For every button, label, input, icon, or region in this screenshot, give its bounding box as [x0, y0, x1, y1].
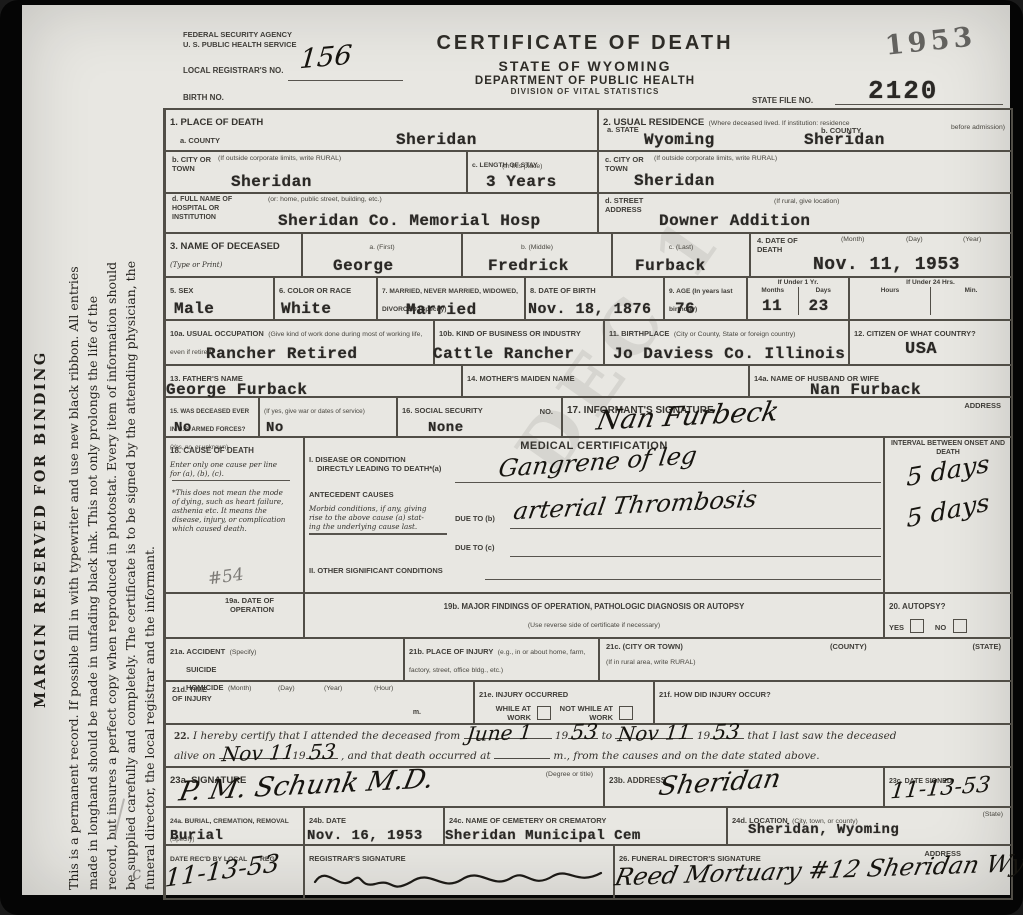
citizen-label: 12. CITIZEN OF WHAT COUNTRY? — [854, 329, 976, 338]
burial-date-value: Nov. 16, 1953 — [307, 828, 423, 844]
disease-label-1: I. DISEASE OR CONDITION — [309, 455, 406, 464]
certify-from-year-handwritten: 53 — [570, 722, 599, 744]
first-name-label: a. (First) — [369, 244, 394, 251]
while-at-work-checkbox — [537, 706, 551, 720]
field-birthplace: 11. BIRTHPLACE (City or County, State or… — [603, 321, 848, 364]
registrar-signature — [309, 858, 607, 896]
field-armed-forces: 15. WAS DECEASED EVER IN U.S. ARMED FORC… — [166, 398, 258, 436]
field-city-of-death: b. CITY OR TOWN (If outside corporate li… — [166, 152, 466, 192]
days-value: 23 — [809, 297, 829, 315]
date-of-death-label: 4. DATE OF DEATH — [757, 236, 799, 255]
field-injury-occurred: 21e. INJURY OCCURRED WHILE AT WORK NOT W… — [473, 682, 653, 723]
not-while-at-work-checkbox — [619, 706, 633, 720]
field-cemetery-name: 24c. NAME OF CEMETERY OR CREMATORY Sheri… — [443, 808, 726, 844]
certify-from-year-blank: 53 — [568, 727, 598, 739]
autopsy-label: 20. AUTOPSY? — [889, 602, 945, 611]
dob-label: 8. DATE OF BIRTH — [530, 286, 596, 295]
injury-m-label: m. — [413, 709, 421, 718]
year-hint: (Year) — [963, 236, 981, 244]
certify-alive-year-blank: 53 — [306, 747, 338, 759]
field-residence-city: c. CITY OR TOWN (If outside corporate li… — [597, 152, 1011, 192]
cause-divider — [172, 480, 290, 481]
field-date-received: DATE REC'D BY LOCAL REG. 11-13-53 — [166, 846, 303, 898]
certify-hour-blank — [494, 747, 550, 759]
field-informant-signature: 17. INFORMANT'S SIGNATURE ADDRESS Nan Fu… — [561, 398, 1011, 436]
under-1yr-label: If Under 1 Yr. — [748, 279, 848, 287]
under-24hrs-label: If Under 24 Hrs. — [850, 279, 1011, 287]
injury-hour-hint: (Hour) — [374, 685, 393, 693]
ssn-label: 16. SOCIAL SECURITY — [402, 406, 483, 415]
date-signed-handwritten: 11-13-53 — [889, 775, 991, 804]
antecedent-hint-3: ing the underlying cause last. — [309, 522, 417, 531]
field-injury-city-county-state: 21c. (CITY OR TOWN) (COUNTY) (STATE) (If… — [598, 639, 1011, 680]
margin-line: record, but insures a perfect copy when … — [102, 12, 121, 890]
certify-number: 22. — [174, 732, 190, 742]
field-date-of-birth: 8. DATE OF BIRTH Nov. 18, 1876 — [524, 278, 663, 319]
field-date-of-death: 4. DATE OF DEATH (Month) (Day) (Year) No… — [749, 234, 1011, 276]
birthplace-label: 11. BIRTHPLACE — [609, 329, 669, 338]
months-cell: Months 11 — [748, 287, 799, 315]
margin-line: made in longhand should be made in unfad… — [83, 12, 102, 890]
certify-to-blank: Nov 11 — [615, 727, 693, 739]
birthplace-value: Jo Daviess Co. Illinois — [613, 345, 845, 363]
race-label: 6. COLOR OR RACE — [279, 286, 351, 295]
certify-to-year-handwritten: 53 — [712, 722, 741, 744]
injury-state-label: (STATE) — [973, 642, 1001, 651]
injury-county-label: (COUNTY) — [830, 642, 867, 651]
married-value: Married — [406, 301, 477, 319]
injury-year-hint: (Year) — [324, 685, 342, 693]
cause-note1: Enter only one cause per line for (a), (… — [170, 460, 282, 478]
residence-city-label: c. CITY OR TOWN — [605, 155, 645, 174]
field-hospital-name: d. FULL NAME OF HOSPITAL OR INSTITUTION … — [166, 194, 597, 232]
field-husband-or-wife: 14a. NAME OF HUSBAND OR WIFE Nan Furback — [748, 366, 1011, 396]
due-to-c-label: DUE TO (c) — [455, 543, 494, 552]
middle-name-label: b. (Middle) — [521, 244, 553, 251]
certify-alive-on: alive on — [174, 750, 216, 762]
hours-label: Hours — [850, 287, 930, 295]
field-burial-type: 24a. BURIAL, CREMATION, REMOVAL (Specify… — [166, 808, 303, 844]
certify-alive-blank: Nov 11 — [219, 747, 289, 759]
injury-occurred-label: 21e. INJURY OCCURRED — [479, 690, 568, 699]
injury-rural-hint: (If in rural area, write RURAL) — [606, 659, 696, 667]
burial-value: Burial — [170, 828, 223, 844]
field-length-of-stay: c. LENGTH OF STAY (in this place) 3 Year… — [466, 152, 597, 192]
field-business-industry: 10b. KIND OF BUSINESS OR INDUSTRY Cattle… — [433, 321, 603, 364]
local-registrar-number-handwritten: 156 — [299, 42, 354, 73]
due-c-line — [510, 556, 881, 557]
state-line: STATE OF WYOMING — [415, 58, 755, 74]
sex-value: Male — [174, 300, 214, 318]
first-name-value: George — [333, 257, 394, 275]
stay-value: 3 Years — [486, 173, 557, 191]
field-citizenship: 12. CITIZEN OF WHAT COUNTRY? USA — [848, 321, 1011, 364]
city-label: b. CITY OR TOWN — [172, 155, 212, 174]
autopsy-yes-checkbox — [910, 619, 924, 633]
physician-address-label: 23b. ADDRESS — [609, 776, 666, 785]
age-value: 76 — [675, 300, 695, 318]
field-color-or-race: 6. COLOR OR RACE White — [273, 278, 376, 319]
field-funeral-director-signature: 26. FUNERAL DIRECTOR'S SIGNATURE ADDRESS… — [613, 846, 1011, 898]
residence-state-label: a. STATE — [607, 125, 639, 134]
last-name-label: c. (Last) — [669, 244, 694, 251]
birthplace-hint: (City or County, State or foreign countr… — [674, 331, 796, 338]
armed-value: No — [174, 420, 192, 436]
degree-title-hint: (Degree or title) — [546, 771, 593, 779]
autopsy-no-label: NO — [935, 623, 946, 632]
cause-label: 18. CAUSE OF DEATH — [170, 446, 254, 455]
ssn-value: None — [428, 420, 464, 436]
certify-from-handwritten: June 1 — [465, 722, 532, 744]
city-value: Sheridan — [231, 173, 312, 191]
field-first-name: a. (First) George — [301, 234, 461, 276]
field-street-address: d. STREET ADDRESS (If rural, give locati… — [597, 194, 1011, 232]
month-hint: (Month) — [841, 236, 864, 244]
certify-text-2: that I last saw the deceased — [748, 730, 897, 742]
field-age: 9. AGE (In years last birthday) 76 — [663, 278, 746, 319]
antecedent-underline — [309, 533, 447, 535]
months-label: Months — [748, 287, 798, 295]
citizen-value: USA — [905, 340, 937, 359]
type-print-hint: (Type or Print) — [170, 261, 222, 269]
field-physician-address: 23b. ADDRESS Sheridan — [603, 768, 883, 806]
field-registrar-signature: REGISTRAR'S SIGNATURE — [303, 846, 613, 898]
name-label: 3. NAME OF DECEASED — [170, 241, 280, 252]
field-medical-certification: MEDICAL CERTIFICATION I. DISEASE OR COND… — [303, 438, 883, 592]
how-injury-label: 21f. HOW DID INJURY OCCUR? — [659, 690, 771, 699]
sex-label: 5. SEX — [170, 286, 193, 295]
field-how-injury-occurred: 21f. HOW DID INJURY OCCUR? — [653, 682, 1011, 723]
min-label: Min. — [931, 287, 1011, 295]
certify-from-blank: June 1 — [464, 727, 552, 739]
findings-hint: (Use reverse side of certificate if nece… — [528, 622, 660, 629]
injury-day-hint: (Day) — [278, 685, 295, 693]
antecedent-label: ANTECEDENT CAUSES — [309, 490, 394, 499]
middle-name-value: Fredrick — [488, 257, 569, 275]
place-of-injury-label: 21b. PLACE OF INJURY — [409, 647, 493, 656]
margin-line: be supplied carefully and completely. Th… — [121, 12, 140, 890]
field-autopsy: 20. AUTOPSY? YES NO — [883, 594, 1011, 637]
physician-signature-handwritten: P. M. Schunk M.D. — [177, 765, 436, 805]
minutes-cell: Min. — [931, 287, 1011, 315]
injury-month-hint: (Month) — [228, 685, 251, 693]
residence-county-value: Sheridan — [804, 131, 885, 149]
county-label: a. COUNTY — [180, 136, 220, 145]
certify-19-b: 19 — [697, 730, 710, 742]
field-time-of-injury: 21d. TIME OF INJURY (Month) (Day) (Year)… — [166, 682, 473, 723]
field-physician-signature: 23a. SIGNATURE (Degree or title) P. M. S… — [166, 768, 603, 806]
division-line: DIVISION OF VITAL STATISTICS — [415, 87, 755, 96]
place-of-death-title: 1. PLACE OF DEATH — [170, 117, 263, 128]
field-major-findings: 19b. MAJOR FINDINGS OF OPERATION, PATHOL… — [303, 594, 883, 637]
informant-signature-handwritten: Nan Furbeck — [594, 398, 781, 434]
street-label: d. STREET ADDRESS — [605, 196, 651, 215]
residence-state-value: Wyoming — [644, 131, 715, 149]
field-burial-date: 24b. DATE Nov. 16, 1953 — [303, 808, 443, 844]
hospital-label: d. FULL NAME OF HOSPITAL OR INSTITUTION — [172, 196, 264, 222]
field-certification-statement: 22. I hereby certify that I attended the… — [166, 725, 1011, 766]
field-cause-of-death-notes: 18. CAUSE OF DEATH Enter only one cause … — [166, 438, 303, 592]
father-value: George Furback — [166, 381, 307, 399]
local-registrar-line — [288, 80, 403, 81]
field-middle-name: b. (Middle) Fredrick — [461, 234, 611, 276]
suicide-label: SUICIDE — [186, 665, 216, 674]
accident-specify-hint: (Specify) — [230, 649, 257, 656]
days-cell: Days 23 — [799, 287, 849, 315]
war-value: No — [266, 420, 284, 436]
case-number-pencil: #54 — [207, 567, 245, 589]
certify-text-3: , and that death occurred at — [341, 750, 491, 762]
field-accident-suicide-homicide: 21a. ACCIDENT (Specify) SUICIDE HOMICIDE — [166, 639, 403, 680]
certify-to-handwritten: Nov 11 — [617, 722, 692, 745]
day-hint: (Day) — [906, 236, 923, 244]
cemetery-value: Sheridan Municipal Cem — [445, 828, 641, 844]
hospital-hint: (or: home, public street, building, etc.… — [268, 196, 382, 204]
field-social-security: 16. SOCIAL SECURITY NO. None — [396, 398, 561, 436]
certify-alive-year-handwritten: 53 — [307, 742, 336, 764]
field-if-under-24-hrs: If Under 24 Hrs. Hours Min. — [848, 278, 1011, 319]
field-date-of-operation: 19a. DATE OF OPERATION — [166, 594, 303, 637]
autopsy-yes-label: YES — [889, 623, 904, 632]
death-certificate-form: 1. PLACE OF DEATH a. COUNTY Sheridan 2. … — [163, 108, 1013, 900]
spouse-value: Nan Furback — [810, 381, 921, 399]
margin-instructions: This is a permanent record. If possible … — [64, 12, 159, 890]
operation-date-label: 19a. DATE OF OPERATION — [184, 596, 274, 615]
agency-line1: FEDERAL SECURITY AGENCY — [183, 30, 292, 39]
residence-city-hint: (If outside corporate limits, write RURA… — [654, 155, 777, 163]
margin-line: This is a permanent record. If possible … — [64, 12, 83, 890]
scanned-death-certificate: MARGIN RESERVED FOR BINDING This is a pe… — [0, 0, 1023, 915]
field-usual-residence-state-county: 2. USUAL RESIDENCE (Where deceased lived… — [597, 110, 1011, 150]
time-of-injury-label: 21d. TIME OF INJURY — [172, 685, 218, 704]
antecedent-hint-1: Morbid conditions, if any, giving — [309, 504, 427, 513]
days-label: Days — [799, 287, 849, 295]
field-marital-status: 7. MARRIED, NEVER MARRIED, WIDOWED, DIVO… — [376, 278, 524, 319]
usual-residence-hint2: before admission) — [951, 124, 1005, 132]
field-fathers-name: 13. FATHER'S NAME George Furback — [166, 366, 461, 396]
physician-address-handwritten: Sheridan — [657, 766, 783, 800]
field-war-or-dates: (If yes, give war or dates of service) N… — [258, 398, 396, 436]
last-name-value: Furback — [635, 257, 706, 275]
other-conditions-line — [485, 579, 881, 580]
injury-city-label: 21c. (CITY OR TOWN) — [606, 642, 683, 651]
city-hint: (If outside corporate limits, write RURA… — [218, 155, 341, 163]
dob-value: Nov. 18, 1876 — [528, 301, 652, 318]
other-conditions-label: II. OTHER SIGNIFICANT CONDITIONS — [309, 566, 443, 575]
business-label: 10b. KIND OF BUSINESS OR INDUSTRY — [439, 329, 581, 338]
certify-to: to — [602, 730, 613, 742]
field-sex: 5. SEX Male — [166, 278, 273, 319]
accident-label: 21a. ACCIDENT — [170, 647, 225, 656]
location-value: Sheridan, Wyoming — [748, 822, 899, 838]
ssn-no-label: NO. — [540, 407, 553, 416]
disease-label-2: DIRECTLY LEADING TO DEATH*(a) — [317, 464, 441, 473]
date-of-death-value: Nov. 11, 1953 — [813, 255, 960, 275]
local-registrar-label: LOCAL REGISTRAR'S NO. — [183, 66, 283, 76]
burial-date-label: 24b. DATE — [309, 816, 346, 825]
autopsy-no-checkbox — [953, 619, 967, 633]
informant-address-label: ADDRESS — [964, 401, 1001, 410]
cause-note2: *This does not mean the mode of dying, s… — [172, 488, 288, 533]
mother-label: 14. MOTHER'S MAIDEN NAME — [467, 374, 575, 383]
field-date-signed: 23c. DATE SIGNED 11-13-53 — [883, 768, 1011, 806]
margin-binding-heading: MARGIN RESERVED FOR BINDING — [32, 350, 49, 708]
occupation-value: Rancher Retired — [206, 345, 358, 363]
residence-city-value: Sheridan — [634, 172, 715, 190]
agency-line2: U. S. PUBLIC HEALTH SERVICE — [183, 40, 297, 49]
antecedent-hint-2: rise to the above cause (a) stat- — [309, 513, 424, 522]
state-file-number: 2120 — [868, 76, 938, 106]
hours-cell: Hours — [850, 287, 931, 315]
street-value: Downer Addition — [659, 212, 811, 230]
field-place-of-death-county: 1. PLACE OF DEATH a. COUNTY Sheridan — [166, 110, 597, 150]
state-file-label: STATE FILE NO. — [752, 96, 813, 106]
field-interval-onset-death: INTERVAL BETWEEN ONSET AND DEATH 5 days … — [883, 438, 1011, 592]
interval-b-handwritten: 5 days — [906, 490, 990, 531]
field-if-under-1-yr: If Under 1 Yr. Months 11 Days 23 — [746, 278, 848, 319]
location-state-hint: (State) — [983, 811, 1003, 819]
due-to-b-label: DUE TO (b) — [455, 514, 495, 523]
cause-b-handwritten: arterial Thrombosis — [512, 487, 759, 524]
birth-no-label: BIRTH NO. — [183, 93, 224, 103]
field-mothers-maiden-name: 14. MOTHER'S MAIDEN NAME — [461, 366, 748, 396]
war-hint: (If yes, give war or dates of service) — [264, 408, 365, 415]
race-value: White — [281, 300, 332, 318]
field-burial-location: 24d. LOCATION (City, town, or county) (S… — [726, 808, 1011, 844]
field-last-name: c. (Last) Furback — [611, 234, 749, 276]
county-value: Sheridan — [396, 131, 477, 149]
certify-alive-handwritten: Nov 11 — [221, 742, 296, 765]
months-value: 11 — [762, 297, 782, 315]
certify-to-year-blank: 53 — [710, 727, 744, 739]
certify-19-a: 19 — [555, 730, 568, 742]
occupation-label: 10a. USUAL OCCUPATION — [170, 329, 264, 338]
field-usual-occupation: 10a. USUAL OCCUPATION (Give kind of work… — [166, 321, 433, 364]
disease-line — [455, 482, 881, 483]
field-place-of-injury: 21b. PLACE OF INJURY (e.g., in or about … — [403, 639, 598, 680]
findings-label: 19b. MAJOR FINDINGS OF OPERATION, PATHOL… — [444, 602, 745, 611]
field-name-of-deceased-label: 3. NAME OF DECEASED (Type or Print) — [166, 234, 301, 276]
margin-line: funeral director, the local registrar an… — [140, 12, 159, 890]
burial-label: 24a. BURIAL, CREMATION, REMOVAL — [170, 818, 289, 825]
certify-text-4: m., from the causes and on the date stat… — [553, 750, 819, 762]
cemetery-label: 24c. NAME OF CEMETERY OR CREMATORY — [449, 816, 606, 825]
due-b-line — [510, 528, 881, 529]
hospital-value: Sheridan Co. Memorial Hosp — [278, 212, 541, 230]
business-value: Cattle Rancher — [433, 345, 574, 363]
department-line: DEPARTMENT OF PUBLIC HEALTH — [415, 75, 755, 87]
stay-hint: (in this place) — [502, 163, 542, 171]
certificate-title: CERTIFICATE OF DEATH — [415, 32, 755, 55]
street-hint: (If rural, give location) — [774, 198, 839, 206]
